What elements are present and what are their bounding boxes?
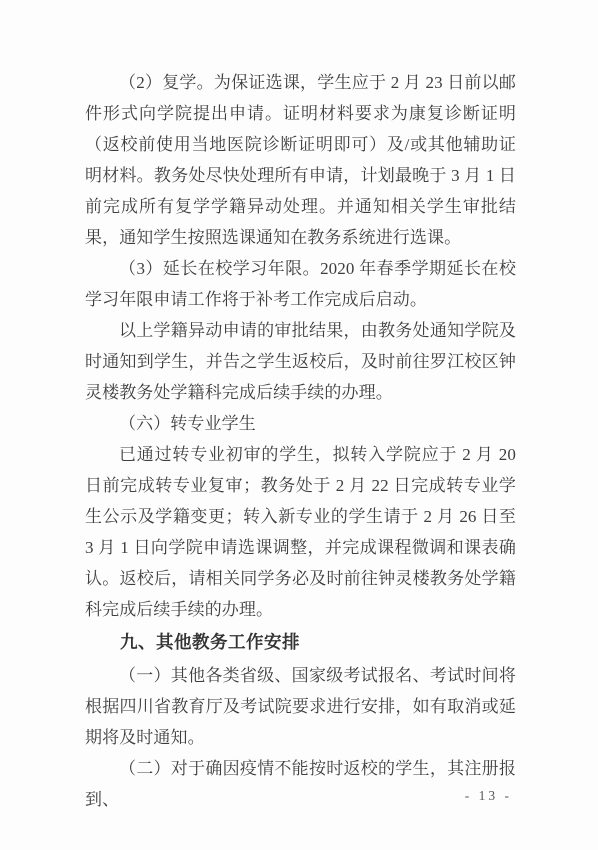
subheading-transfer-major-students: （六）转专业学生 — [85, 408, 516, 439]
page-number: - 13 - — [465, 788, 512, 804]
para-status-change-approval: 以上学籍异动申请的审批结果，由教务处通知学院及时通知到学生，并告之学生返校后，及… — [85, 315, 516, 408]
para-transfer-major-process: 已通过转专业初审的学生，拟转入学院应于 2 月 20 日前完成转专业复审；教务处… — [85, 439, 516, 625]
para-students-unable-to-return: （二）对于确因疫情不能按时返校的学生，其注册报到、 — [85, 753, 516, 815]
para-provincial-national-exams: （一）其他各类省级、国家级考试报名、考试时间将根据四川省教育厅及考试院要求进行安… — [85, 660, 516, 753]
document-body: （2）复学。为保证选课，学生应于 2 月 23 日前以邮件形式向学院提出申请。证… — [85, 67, 516, 815]
para-extend-study-period: （3）延长在校学习年限。2020 年春季学期延长在校学习年限申请工作将于补考工作… — [85, 253, 516, 315]
para-resume-study: （2）复学。为保证选课，学生应于 2 月 23 日前以邮件形式向学院提出申请。证… — [85, 67, 516, 253]
document-page: （2）复学。为保证选课，学生应于 2 月 23 日前以邮件形式向学院提出申请。证… — [0, 0, 598, 850]
section-heading-other-academic-work: 九、其他教务工作安排 — [85, 627, 516, 658]
